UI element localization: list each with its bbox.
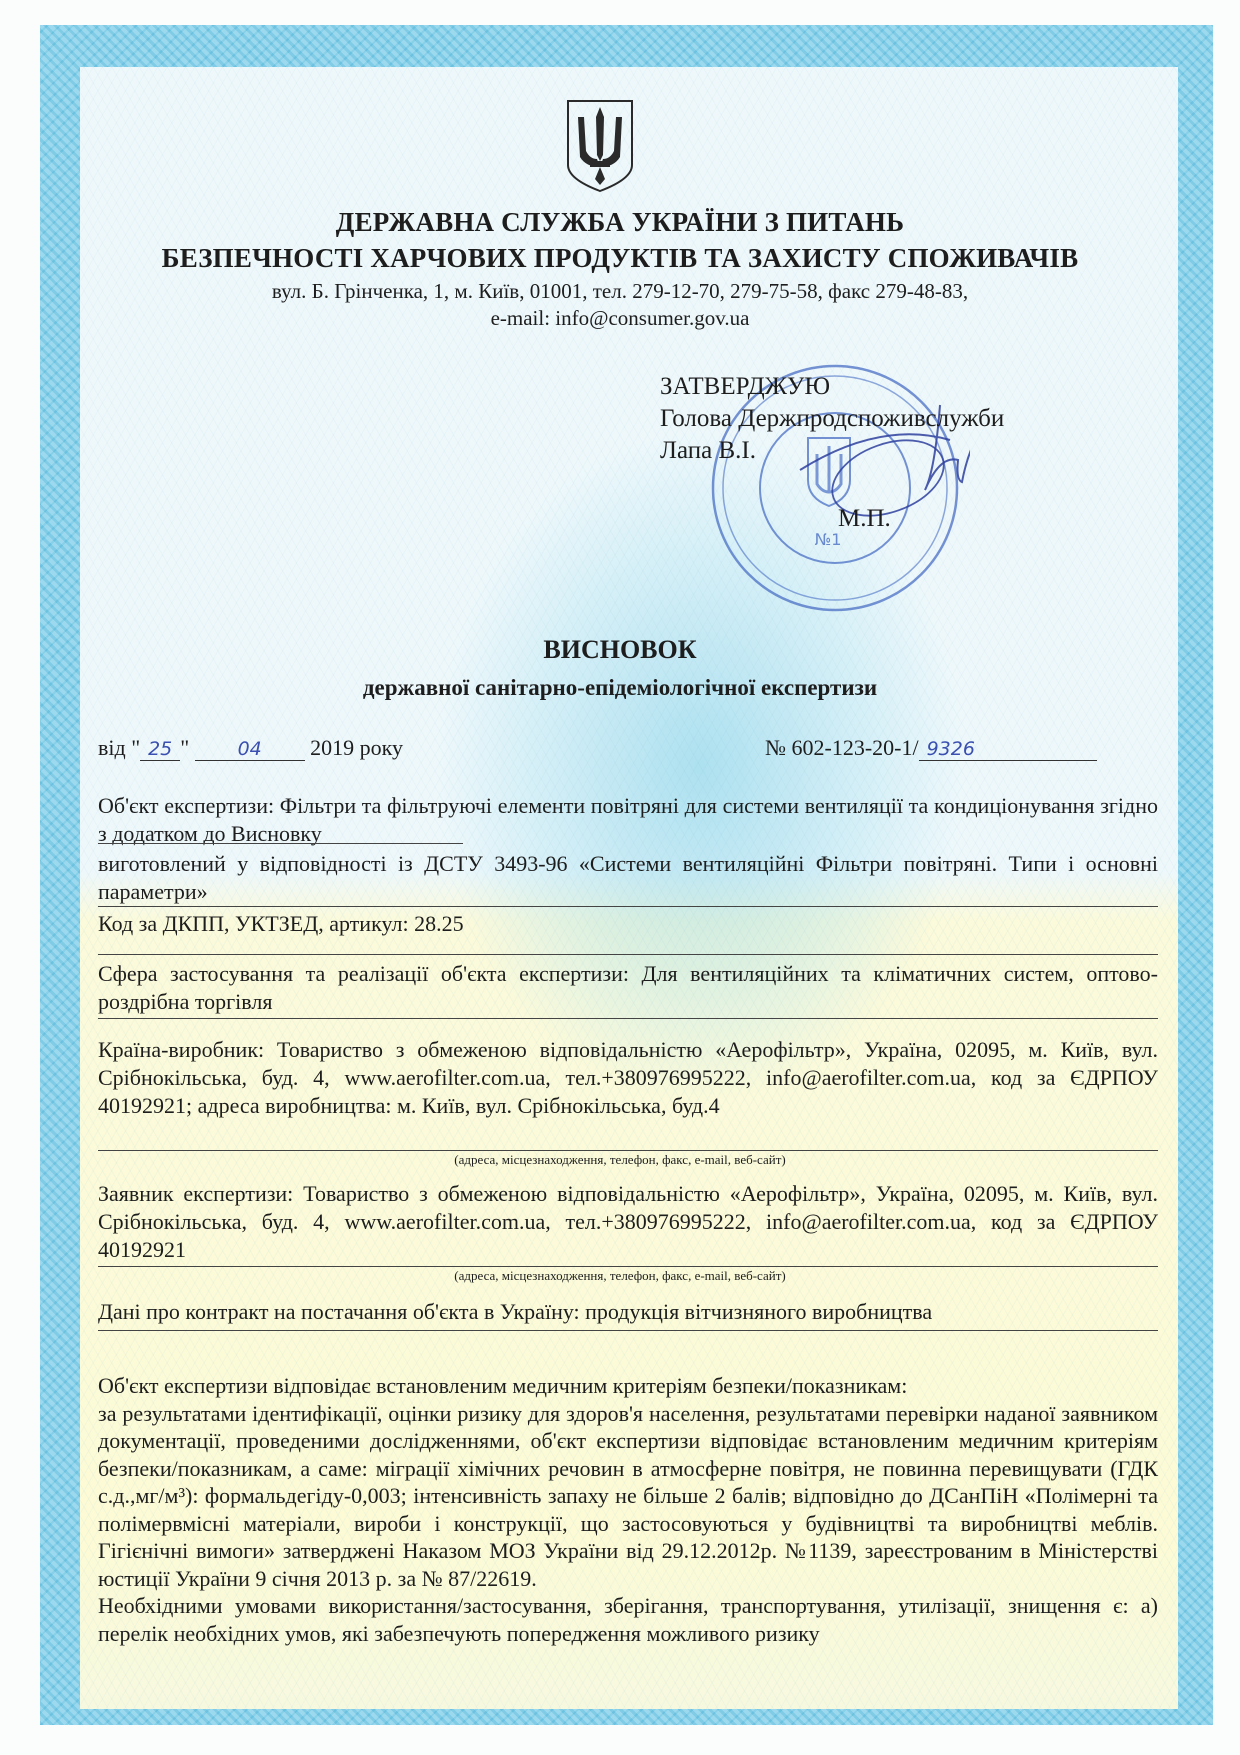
section-applicant: Заявник експертизи: Товариство з обмежен… [98,1180,1158,1264]
divider [98,906,1158,907]
section-contract: Дані про контракт на постачання об'єкта … [98,1298,1158,1326]
divider [98,1330,1158,1331]
number-prefix: № 602-123-20-1/ [765,735,919,760]
conditions-text: Необхідними умовами використання/застосу… [98,1592,1158,1647]
manufacturer-hint: (адреса, місцезнаходження, телефон, факс… [0,1152,1240,1168]
org-address: вул. Б. Грінченка, 1, м. Київ, 01001, те… [0,279,1240,304]
number-handwritten: 9326 [919,738,1097,761]
document-title: ВИСНОВОК [0,635,1240,665]
applicant-hint: (адреса, місцезнаходження, телефон, факс… [0,1268,1240,1284]
conformity-body: за результатами ідентифікації, оцінки ри… [98,1400,1158,1593]
org-email: e-mail: info@consumer.gov.ua [0,306,1240,331]
date-year: 2019 року [310,735,403,760]
divider [98,1018,1158,1019]
section-manufacturer: Країна-виробник: Товариство з обмеженою … [98,1036,1158,1120]
section-code: Код за ДКПП, УКТЗЕД, артикул: 28.25 [98,910,1158,938]
divider [98,1150,1158,1151]
section-conformity: Об'єкт експертизи відповідає встановлени… [98,1372,1158,1647]
ukraine-trident-icon [560,95,640,195]
document-number: № 602-123-20-1/9326 [765,735,1097,761]
divider [98,954,1158,955]
document-subtitle: державної санітарно-епідеміологічної екс… [0,675,1240,701]
approver-name: Лапа В.І. [660,435,1004,467]
org-name-line2: БЕЗПЕЧНОСТІ ХАРЧОВИХ ПРОДУКТІВ ТА ЗАХИСТ… [0,243,1240,274]
date-day: 25 [140,738,180,761]
divider [98,843,463,844]
section-object: Об'єкт експертизи: Фільтри та фільтруючі… [98,792,1158,848]
section-manufactured: виготовлений у відповідності із ДСТУ 349… [98,850,1158,906]
divider [98,1266,1158,1267]
approval-block: ЗАТВЕРДЖУЮ Голова Держпродспоживслужби Л… [660,371,1004,467]
seal-place-label: М.П. [838,505,891,533]
conformity-heading: Об'єкт експертизи відповідає встановлени… [98,1372,1158,1400]
issue-date: від "25" 04 2019 року [98,735,403,761]
org-name-line1: ДЕРЖАВНА СЛУЖБА УКРАЇНИ З ПИТАНЬ [0,207,1240,238]
approver-position: Голова Держпродспоживслужби [660,403,1004,435]
date-from-label: від [98,735,126,760]
section-scope: Сфера застосування та реалізації об'єкта… [98,960,1158,1016]
document-page: ДЕРЖАВНА СЛУЖБА УКРАЇНИ З ПИТАНЬ БЕЗПЕЧН… [0,0,1240,1755]
approve-label: ЗАТВЕРДЖУЮ [660,371,1004,403]
date-month: 04 [195,738,305,761]
